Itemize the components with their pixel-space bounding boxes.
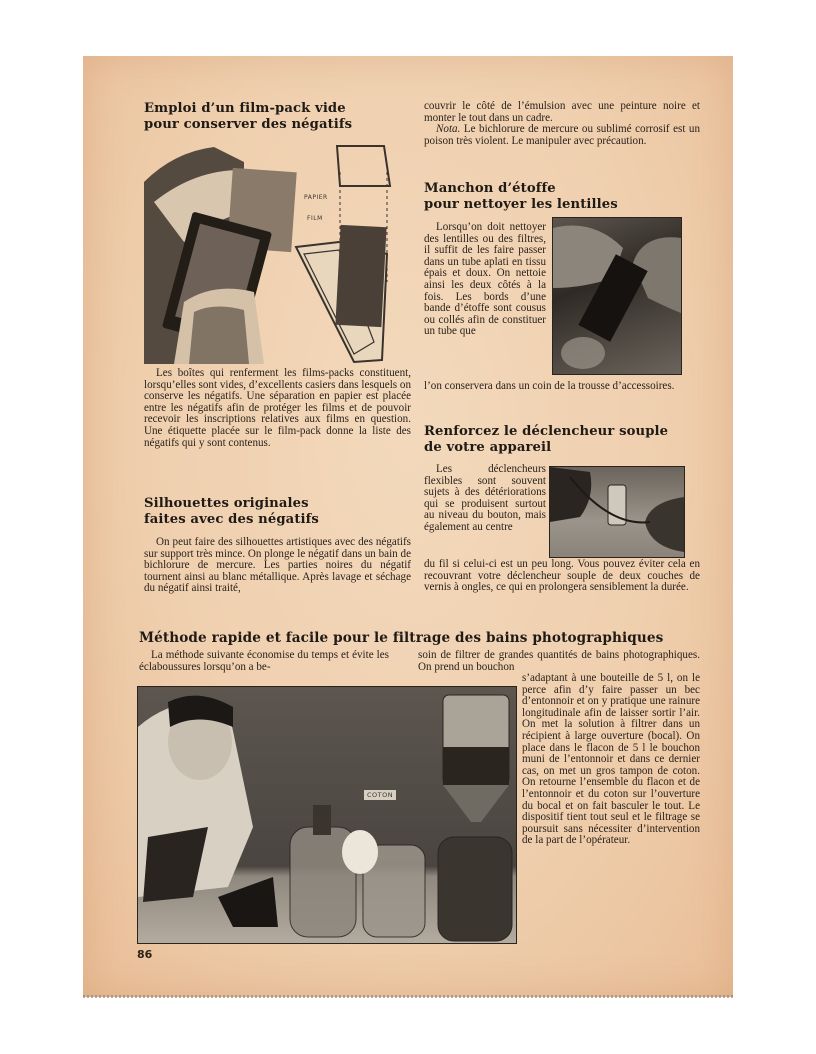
filtrage-photo: COTON <box>137 686 517 944</box>
paragraph: soin de filtrer de grandes quantités de … <box>418 650 700 673</box>
filtrage-body-wrapped: s’adaptant à une bouteille de 5 l, on le… <box>522 673 700 847</box>
page-edge <box>83 995 733 998</box>
declencheur-body-wrapped: Les déclencheurs flexibles sont souvent … <box>424 464 546 534</box>
film-pack-illustration: PAPIER FILM <box>144 142 410 364</box>
paragraph: s’adaptant à une bouteille de 5 l, on le… <box>522 673 700 847</box>
heading-line: pour nettoyer les lentilles <box>424 197 618 212</box>
nota-text: Le bichlorure de mercure ou sublimé corr… <box>424 123 700 147</box>
heading-line: de votre appareil <box>424 440 551 455</box>
manchon-body-wrapped: Lorsqu’on doit nettoyer des lentilles ou… <box>424 222 546 338</box>
heading-manchon: Manchon d’étoffe pour nettoyer les lenti… <box>424 181 618 213</box>
paragraph: On peut faire des silhouettes artistique… <box>144 537 411 595</box>
heading-line: Emploi d’un film-pack vide <box>144 101 346 116</box>
figure-label-coton: COTON <box>364 790 396 800</box>
paragraph: La méthode suivante économise du temps e… <box>139 650 389 673</box>
figure-label-papier: PAPIER <box>304 194 328 201</box>
paragraph: Les déclencheurs flexibles sont souvent … <box>424 464 546 534</box>
silhouettes-continuation: couvrir le côté de l’émulsion avec une p… <box>424 101 700 147</box>
manchon-photo <box>552 217 682 375</box>
paragraph: couvrir le côté de l’émulsion avec une p… <box>424 101 700 124</box>
paragraph: l’on conservera dans un coin de la trous… <box>424 381 700 393</box>
silhouettes-body: On peut faire des silhouettes artistique… <box>144 537 411 595</box>
heading-filtrage: Méthode rapide et facile pour le filtrag… <box>139 630 663 646</box>
paragraph: Les boîtes qui renferment les films-pack… <box>144 368 411 449</box>
heading-line: Silhouettes originales <box>144 496 309 511</box>
nota-paragraph: Nota. Le bichlorure de mercure ou sublim… <box>424 124 700 147</box>
filtrage-col1: La méthode suivante économise du temps e… <box>139 650 389 673</box>
film-pack-body: Les boîtes qui renferment les films-pack… <box>144 368 411 449</box>
heading-film-pack: Emploi d’un film-pack vide pour conserve… <box>144 101 352 133</box>
heading-line: Manchon d’étoffe <box>424 181 556 196</box>
declencheur-photo <box>549 466 685 558</box>
heading-silhouettes: Silhouettes originales faites avec des n… <box>144 496 319 528</box>
manchon-body-full: l’on conservera dans un coin de la trous… <box>424 381 700 393</box>
heading-line: Renforcez le déclencheur souple <box>424 424 668 439</box>
declencheur-body-full: du fil si celui-ci est un peu long. Vous… <box>424 559 700 594</box>
paragraph: du fil si celui-ci est un peu long. Vous… <box>424 559 700 594</box>
filtrage-col2: soin de filtrer de grandes quantités de … <box>418 650 700 673</box>
heading-line: faites avec des négatifs <box>144 512 319 527</box>
figure-label-film: FILM <box>307 215 323 222</box>
nota-label: Nota. <box>436 123 460 135</box>
heading-line: pour conserver des négatifs <box>144 117 352 132</box>
page-number: 86 <box>137 948 152 961</box>
heading-declencheur: Renforcez le déclencheur souple de votre… <box>424 424 668 456</box>
paragraph: Lorsqu’on doit nettoyer des lentilles ou… <box>424 222 546 338</box>
